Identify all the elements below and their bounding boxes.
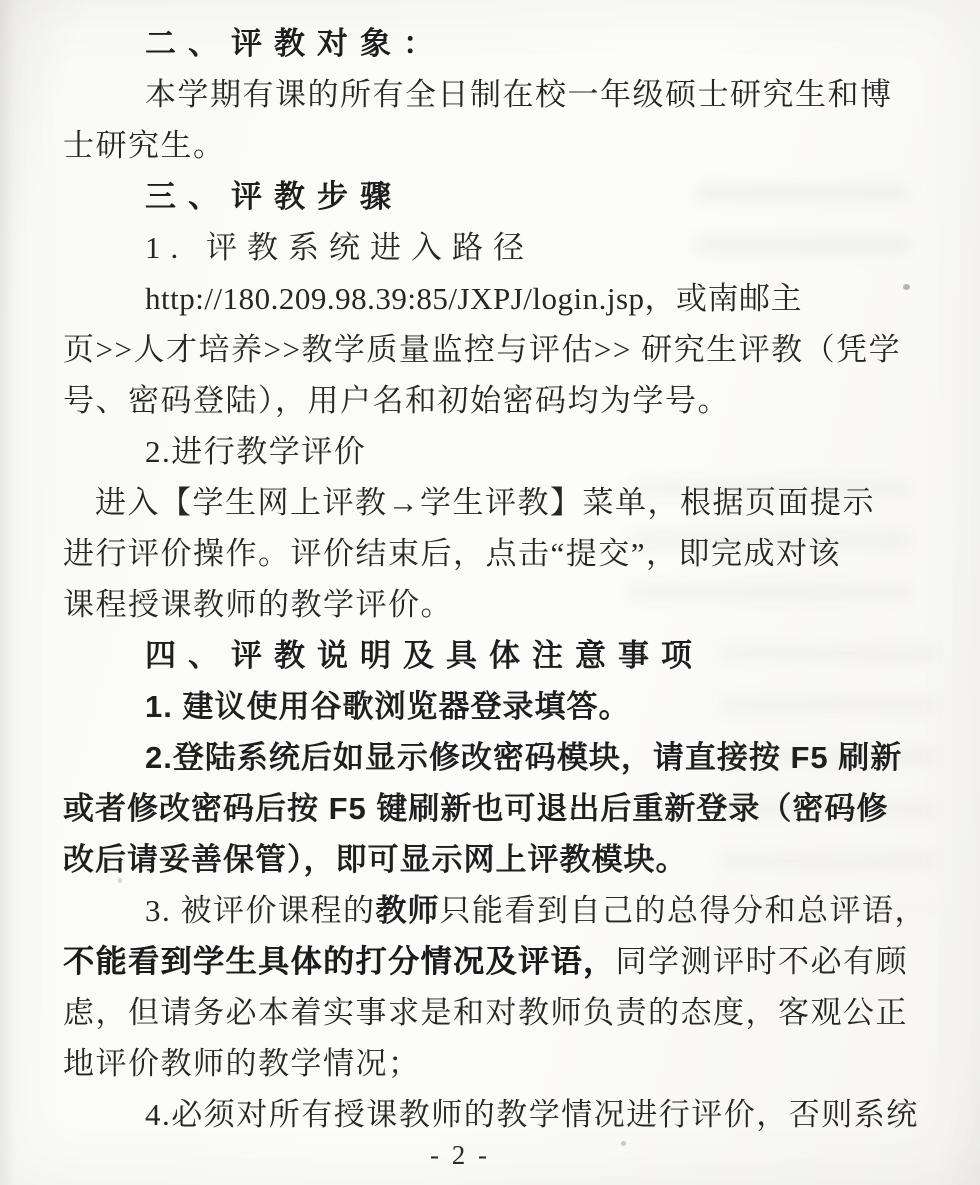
doc-line: 不能看到学生具体的打分情况及评语，同学测评时不必有顾 — [63, 936, 922, 987]
doc-text: 只能看到自己的总得分和总评语， — [440, 893, 928, 928]
doc-line: 号、密码登陆），用户名和初始密码均为学号。 — [63, 375, 922, 426]
doc-line: 进入【学生网上评教→学生评教】菜单，根据页面提示 — [63, 477, 922, 528]
page-edge-shade — [0, 0, 16, 1185]
scanned-document-page: 二、评教对象： 本学期有课的所有全日制在校一年级硕士研究生和博 士研究生。 三、… — [0, 0, 980, 1185]
doc-line: 课程授课教师的教学评价。 — [63, 579, 922, 630]
doc-line: 虑，但请务必本着实事求是和对教师负责的态度，客观公正 — [63, 987, 922, 1038]
doc-line: 地评价教师的教学情况； — [63, 1038, 922, 1089]
heading-section-2-evaluation-targets: 二、评教对象： — [63, 18, 922, 69]
heading-section-3-evaluation-steps: 三、评教步骤 — [63, 171, 922, 222]
doc-line: 改后请妥善保管），即可显示网上评教模块。 — [63, 834, 922, 885]
doc-line: 页>>人才培养>>教学质量监控与评估>> 研究生评教（凭学 — [63, 324, 922, 375]
doc-line-step-2: 2.进行教学评价 — [63, 426, 922, 477]
doc-text: 3. 被评价课程的 — [145, 893, 376, 928]
doc-text-semibold: 不能看到学生具体的打分情况及评语， — [63, 944, 616, 979]
doc-line-login-url: http://180.209.98.39:85/JXPJ/login.jsp，或… — [63, 273, 922, 324]
doc-line-note-3: 3. 被评价课程的教师只能看到自己的总得分和总评语， — [63, 885, 922, 936]
doc-line: 进行评价操作。评价结束后，点击“提交”，即完成对该 — [63, 528, 922, 579]
doc-text: 同学测评时不必有顾 — [616, 944, 909, 979]
doc-line-step-1: 1. 评教系统进入路径 — [63, 222, 922, 273]
doc-text-bold: 教师 — [376, 893, 440, 928]
page-number: - 2 - — [0, 1140, 920, 1171]
document-body: 二、评教对象： 本学期有课的所有全日制在校一年级硕士研究生和博 士研究生。 三、… — [63, 18, 922, 1140]
doc-line: 士研究生。 — [63, 120, 922, 171]
doc-line-note-4: 4.必须对所有授课教师的教学情况进行评价，否则系统 — [63, 1089, 922, 1140]
doc-line: 本学期有课的所有全日制在校一年级硕士研究生和博 — [63, 69, 922, 120]
doc-line-note-2: 2.登陆系统后如显示修改密码模块，请直接按 F5 刷新 — [63, 732, 922, 783]
doc-line: 或者修改密码后按 F5 键刷新也可退出后重新登录（密码修 — [63, 783, 922, 834]
doc-line-note-1: 1. 建议使用谷歌浏览器登录填答。 — [63, 681, 922, 732]
heading-section-4-notes: 四、评教说明及具体注意事项 — [63, 630, 922, 681]
